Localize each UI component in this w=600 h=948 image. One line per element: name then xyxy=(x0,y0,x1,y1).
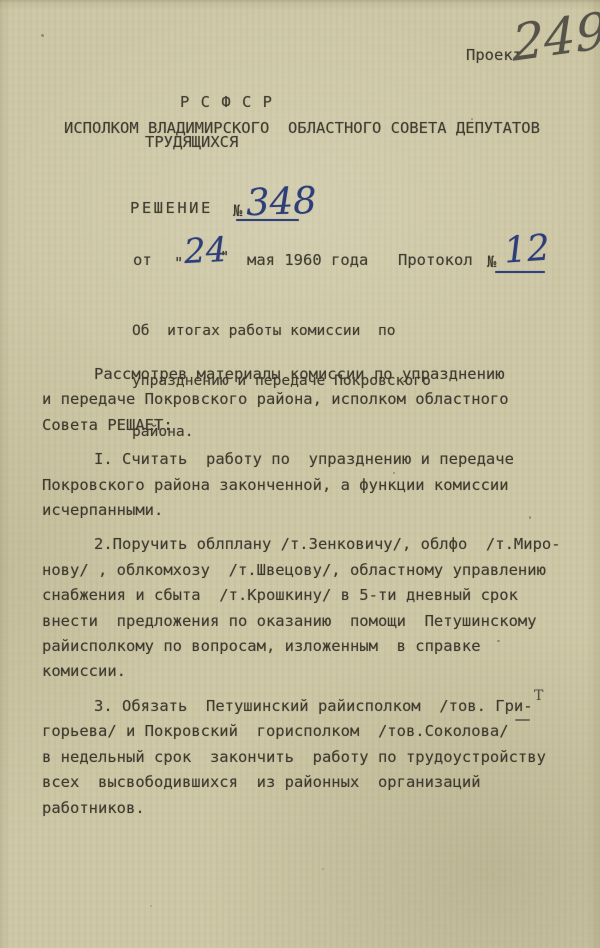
text-line: Совета РЕШАЕТ: xyxy=(42,413,572,438)
text-line: и передаче Покровского района, исполком … xyxy=(42,387,572,412)
text-line: нову/ , облкомхозу /т.Швецову/, областно… xyxy=(42,558,572,583)
text-line: снабжения и сбыта /т.Крошкину/ в 5-ти дн… xyxy=(42,583,572,608)
document-body: Рассмотрев материалы комиссии по упраздн… xyxy=(42,362,572,821)
paper-speck xyxy=(150,905,152,907)
text-line: райисполкому по вопросам, изложенным в с… xyxy=(42,634,572,659)
text-line: 2.Поручить облплану /т.Зенковичу/, облфо… xyxy=(42,532,572,557)
text-line: работников. xyxy=(42,796,572,821)
protocol-label: Протокол xyxy=(398,251,473,269)
text-line: в недельный срок закончить работу по тру… xyxy=(42,745,572,770)
paper-speck xyxy=(497,640,500,642)
text-line: I. Считать работу по упразднению и перед… xyxy=(42,447,572,472)
republic-title: Р С Ф С Р xyxy=(180,93,273,111)
date-prefix: от xyxy=(133,251,152,269)
text-line: комиссии. xyxy=(42,659,572,684)
date-rest: мая 1960 года xyxy=(247,251,368,269)
scanned-document-page: Проект 249 Р С Ф С Р ИСПОЛКОМ ВЛАДИМИРСК… xyxy=(0,0,600,948)
paper-speck xyxy=(471,118,473,120)
decision-number-handwritten: 348 xyxy=(245,179,317,224)
paragraph-item-1: I. Считать работу по упразднению и перед… xyxy=(42,447,572,523)
paragraph-preamble: Рассмотрев материалы комиссии по упраздн… xyxy=(42,362,572,438)
protocol-number-underline xyxy=(495,271,545,273)
text-line: исчерпанными. xyxy=(42,498,572,523)
org-name-line2: ТРУДЯЩИХСЯ xyxy=(145,133,238,151)
corner-number-handwritten: 249 xyxy=(511,1,600,73)
text-line: Рассмотрев материалы комиссии по упраздн… xyxy=(42,362,572,387)
protocol-number-handwritten: 12 xyxy=(503,227,552,271)
text-line: всех высвободившихся из районных организ… xyxy=(42,770,572,795)
decision-title: РЕШЕНИЕ xyxy=(130,199,213,217)
org-name-line1: ИСПОЛКОМ ВЛАДИМИРСКОГО ОБЛАСТНОГО СОВЕТА… xyxy=(64,119,540,137)
text-line: внести предложения по оказанию помощи Пе… xyxy=(42,609,572,634)
paper-speck xyxy=(529,516,531,519)
text-line: горьева/ и Покровский горисполком /тов.С… xyxy=(42,719,572,744)
date-close-quote: " xyxy=(220,248,229,266)
text-line: 3. Обязать Петушинский райисполком /тов.… xyxy=(42,694,572,719)
paper-speck xyxy=(41,34,44,37)
paper-speck xyxy=(393,472,395,474)
subject-line: Об итогах работы комиссии по xyxy=(132,324,431,338)
paragraph-item-2: 2.Поручить облплану /т.Зенковичу/, облфо… xyxy=(42,532,572,684)
protocol-number-sign: № xyxy=(487,253,496,271)
decision-number-sign: № xyxy=(233,202,242,220)
pencil-correction-letter: Т xyxy=(534,688,543,704)
paper-speck xyxy=(322,868,324,870)
decision-number-underline xyxy=(236,219,299,221)
pencil-correction-bar xyxy=(515,719,530,721)
text-line: Покровского района законченной, а функци… xyxy=(42,473,572,498)
date-open-quote: " xyxy=(174,254,183,272)
paragraph-item-3: 3. Обязать Петушинский райисполком /тов.… xyxy=(42,694,572,821)
